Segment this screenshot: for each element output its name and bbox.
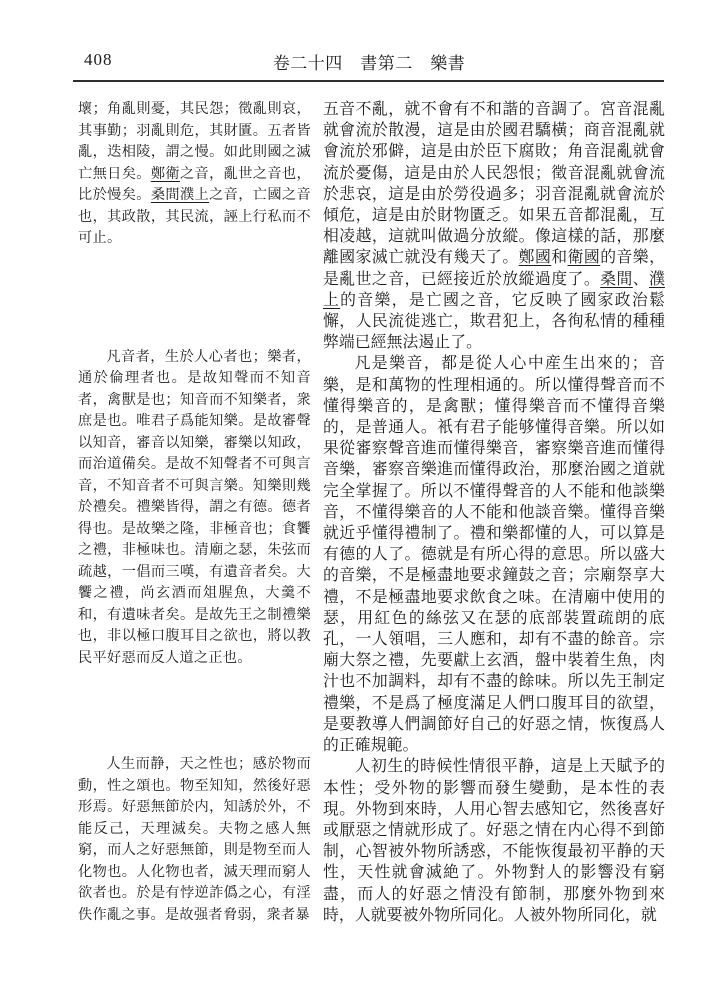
text-run: 凡音者，生於人心者也；樂者，通於倫理者也。是故知聲而不知音者，禽獸是也；知音而不…	[78, 349, 311, 666]
text-run: 、	[633, 271, 649, 288]
text-run: 凡是樂音，都是從人心中産生出來的；音樂，是和萬物的性理相通的。所以懂得聲音而不懂…	[323, 355, 665, 754]
proper-noun-mark: 桑間	[600, 271, 633, 288]
text-run: 和	[551, 249, 567, 266]
proper-noun-mark: 桑間	[151, 187, 180, 203]
translation-paragraph-3: 人初生的時候性情很平静，這是上天賦予的本性；受外物的影響而發生變動，是本性的表現…	[323, 756, 665, 926]
translation-paragraph-2: 凡是樂音，都是從人心中産生出來的；音樂，是和萬物的性理相通的。所以懂得聲音而不懂…	[323, 353, 665, 756]
classical-text-column: 壞；角亂則憂，其民怨；徵亂則哀，其事勤；羽亂則危，其財匱。五者皆亂，迭相陵，謂之…	[78, 99, 311, 926]
classical-paragraph-3: 人生而静，天之性也；感於物而動，性之頌也。物至知知，然後好惡形焉。好惡無節於内，…	[78, 754, 311, 926]
text-run: 五音不亂，就不會有不和諧的音調了。宮音混亂就會流於散漫，這是由於國君驕橫；商音混…	[323, 101, 665, 266]
translation-text-column: 五音不亂，就不會有不和諧的音調了。宮音混亂就會流於散漫，這是由於國君驕橫；商音混…	[323, 99, 665, 926]
proper-noun-mark: 衛	[165, 166, 180, 182]
proper-noun-mark: 鄭	[151, 166, 166, 182]
text-run: 人初生的時候性情很平静，這是上天賦予的本性；受外物的影響而發生變動，是本性的表現…	[323, 758, 665, 923]
text-run: 人生而静，天之性也；感於物而動，性之頌也。物至知知，然後好惡形焉。好惡無節於内，…	[78, 756, 311, 923]
proper-noun-mark: 鄭國	[519, 249, 552, 266]
proper-noun-mark: 衛國	[568, 249, 601, 266]
header-rule	[73, 80, 664, 82]
classical-paragraph-2: 凡音者，生於人心者也；樂者，通於倫理者也。是故知聲而不知音者，禽獸是也；知音而不…	[78, 347, 311, 670]
text-run: 的音樂，是亡國之音，它反映了國家政治鬆懈，人民流徙逃亡，欺君犯上，各徇私情的種種…	[323, 292, 665, 351]
classical-paragraph-1: 壞；角亂則憂，其民怨；徵亂則哀，其事勤；羽亂則危，其財匱。五者皆亂，迭相陵，謂之…	[78, 99, 311, 250]
proper-noun-mark: 濮上	[180, 187, 209, 203]
translation-paragraph-1: 五音不亂，就不會有不和諧的音調了。宮音混亂就會流於散漫，這是由於國君驕橫；商音混…	[323, 99, 665, 353]
running-header-title: 卷二十四 書第二 樂書	[74, 49, 664, 74]
book-page: 408 卷二十四 書第二 樂書 壞；角亂則憂，其民怨；徵亂則哀，其事勤；羽亂則危…	[0, 0, 716, 1000]
